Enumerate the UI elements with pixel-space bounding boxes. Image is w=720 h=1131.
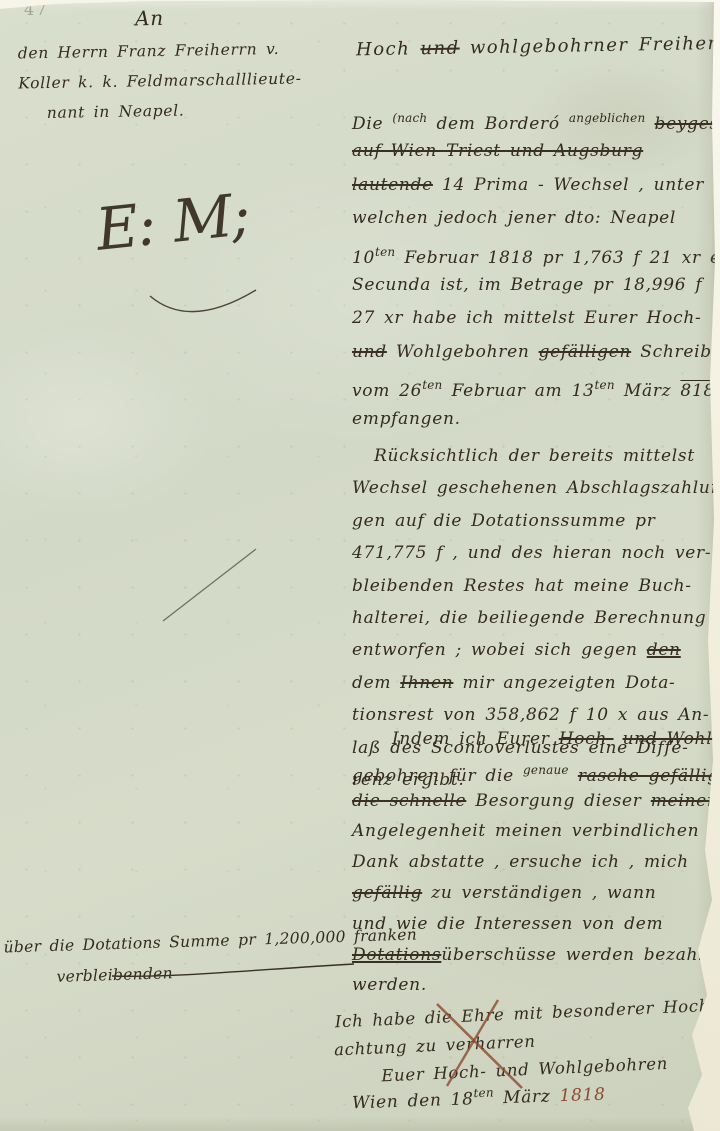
text-line: bleibenden Restes hat meine Buch- xyxy=(352,570,720,602)
text-line: 10ten Februar 1818 pr 1,763 f 21 xr eine xyxy=(352,236,720,269)
letter-page: 47 An den Herrn Franz Freiherrn v.Koller… xyxy=(0,0,720,1131)
text-line: die schnelle Besorgung dieser meiner xyxy=(352,786,720,817)
handwritten-text: Schreiben xyxy=(631,342,720,362)
struck-text: Ihnen xyxy=(400,673,453,693)
handwritten-text: Besorgung dieser xyxy=(466,791,650,811)
handwritten-text: empfangen. xyxy=(352,409,461,429)
inserted-text: ten xyxy=(595,378,615,392)
margin-note: über die Dotations Summe pr 1,200,000 fr… xyxy=(3,920,418,995)
struck-text: rasche gefällige xyxy=(578,766,720,786)
handwritten-text: welchen jedoch jener dto: Neapel xyxy=(352,208,676,228)
handwritten-text: März xyxy=(494,1086,560,1108)
text-line: entworfen ; wobei sich gegen den xyxy=(352,634,720,666)
text-line: welchen jedoch jener dto: Neapel xyxy=(352,202,720,235)
struck-text: auf Wien Triest und Augsburg xyxy=(352,141,643,161)
handwritten-text: Secunda ist, im Betrage pr 18,996 f xyxy=(352,275,702,295)
closing-block: Ich habe die Ehre mit besonderer Hoch-ac… xyxy=(334,992,719,1093)
text-line: Indem ich Eurer Hoch- und Wohl- xyxy=(392,724,720,755)
handwritten-text: 471,775 f , und des hieran noch ver- xyxy=(352,543,711,563)
struck-text: gefälligen xyxy=(539,342,632,362)
handwritten-text: mir angezeigten Dota- xyxy=(453,673,675,693)
text-line: lautende 14 Prima - Wechsel , unter xyxy=(352,169,720,202)
struck-text: beygeschlossenen xyxy=(655,114,720,134)
handwritten-text: Wechsel geschehenen Abschlagszahlun- xyxy=(352,478,720,498)
handwritten-text: Wohlgebohren xyxy=(387,342,539,362)
address-line: Koller k. k. Feldmarschalllieute- xyxy=(18,64,302,99)
address-block: An den Herrn Franz Freiherrn v.Koller k.… xyxy=(17,4,302,129)
handwritten-text: bleibenden Restes hat meine Buch- xyxy=(352,576,692,596)
struck-text: Hoch- xyxy=(559,729,614,749)
address-heading: An xyxy=(135,1,419,30)
handwritten-text: 14 Prima - Wechsel , unter xyxy=(433,175,704,195)
handwritten-text: Wien den 18 xyxy=(352,1089,474,1113)
text-line: auf Wien Triest und Augsburg xyxy=(352,135,720,168)
handwritten-text: gen auf die Dotationssumme pr xyxy=(352,511,656,531)
text-line: vom 26ten Februar am 13ten März 818 xyxy=(352,369,720,402)
handwritten-text: über die Dotations Summe pr 1,200,000 fr… xyxy=(3,926,417,957)
handwritten-text: März xyxy=(615,381,681,401)
text-line: Dank abstatte , ersuche ich , mich xyxy=(352,847,720,878)
handwritten-text: wohlgebohrner Freiherr! xyxy=(459,33,720,59)
text-line: Rücksichtlich der bereits mittelst xyxy=(374,440,720,472)
struck-text: die schnelle xyxy=(352,791,466,811)
monogram-flourish xyxy=(150,290,256,312)
struck-text: den xyxy=(647,640,681,660)
inserted-text: genaue xyxy=(523,763,569,777)
text-line: gebohren für die genaue rasche gefällige… xyxy=(352,755,720,786)
handwritten-text: entworfen ; wobei sich gegen xyxy=(352,640,647,660)
handwritten-text: Rücksichtlich der bereits mittelst xyxy=(374,446,695,466)
address-line: nant in Neapel. xyxy=(47,94,303,128)
address-lines: den Herrn Franz Freiherrn v.Koller k. k.… xyxy=(17,34,302,129)
handwritten-text xyxy=(645,114,654,134)
handwritten-text: Februar am 13 xyxy=(442,381,594,401)
handwritten-text: 27 xr habe ich mittelst Eurer Hoch- xyxy=(352,308,701,328)
diagonal-ink-stroke xyxy=(163,549,256,621)
handwritten-text: 10 xyxy=(352,248,375,268)
struck-text: und xyxy=(420,38,460,60)
text-line: Angelegenheit meinen verbindlichen xyxy=(352,816,720,847)
text-line: Wechsel geschehenen Abschlagszahlun- xyxy=(352,472,720,504)
text-line: dem Ihnen mir angezeigten Dota- xyxy=(352,667,720,699)
inserted-text: ten xyxy=(473,1085,494,1100)
text-line: gefällig zu verständigen , wann xyxy=(352,878,720,909)
handwritten-text xyxy=(569,766,578,786)
struck-text: gefällig xyxy=(352,883,422,903)
handwritten-text: gebohren für die xyxy=(352,766,523,786)
struck-text: und xyxy=(352,342,387,362)
text-line: halterei, die beiliegende Berechnung xyxy=(352,602,720,634)
salutation-line: Hoch und wohlgebohrner Freiherr! xyxy=(356,33,720,61)
handwritten-text: Angelegenheit meinen verbindlichen xyxy=(352,821,699,841)
text-line: Die (nach dem Borderó angeblichen beyges… xyxy=(352,102,720,135)
text-line: 27 xr habe ich mittelst Eurer Hoch- xyxy=(352,302,720,335)
handwritten-text: halterei, die beiliegende Berechnung xyxy=(352,608,706,628)
handwritten-text: Die xyxy=(352,114,392,134)
inserted-text: angeblichen xyxy=(569,111,646,125)
handwritten-text: Februar 1818 pr 1,763 f 21 xr eine xyxy=(395,248,720,268)
registry-monogram: E: M; xyxy=(93,180,252,264)
inserted-text: ten xyxy=(375,245,395,259)
text-line: gen auf die Dotationssumme pr xyxy=(352,505,720,537)
struck-text: und Wohl- xyxy=(623,729,719,749)
handwritten-text: tionsrest von 358,862 f 10 x aus An- xyxy=(352,705,709,725)
handwritten-text: überschüsse werden bezahlt xyxy=(441,945,712,965)
letter-scan: 47 An den Herrn Franz Freiherrn v.Koller… xyxy=(0,0,720,1131)
handwritten-text xyxy=(614,729,623,749)
text-line: und Wohlgebohren gefälligen Schreiben xyxy=(352,336,720,369)
handwritten-text: Hoch xyxy=(356,38,421,60)
text-line: Hoch und wohlgebohrner Freiherr! xyxy=(356,33,720,61)
handwritten-text: achtung zu verharren xyxy=(334,1032,536,1060)
handwritten-text: 818 xyxy=(680,381,715,401)
handwritten-text: dem Borderó xyxy=(427,114,569,134)
handwritten-text: zu verständigen , wann xyxy=(422,883,656,903)
body-paragraph-1: Die (nach dem Borderó angeblichen beyges… xyxy=(352,102,720,436)
handwritten-text: verbleibenden xyxy=(56,964,173,986)
handwritten-text: Indem ich Eurer xyxy=(392,729,559,749)
struck-text: lautende xyxy=(352,175,433,195)
inserted-text: ten xyxy=(422,378,442,392)
text-line: Secunda ist, im Betrage pr 18,996 f xyxy=(352,269,720,302)
text-line: empfangen. xyxy=(352,403,720,436)
struck-text: meiner xyxy=(651,791,716,811)
inserted-text: (nach xyxy=(392,111,427,125)
handwritten-text: Dank abstatte , ersuche ich , mich xyxy=(352,852,689,872)
handwritten-text: vom 26 xyxy=(352,381,422,401)
address-line: den Herrn Franz Freiherrn v. xyxy=(17,34,301,69)
red-ink-text: 1818 xyxy=(559,1085,606,1107)
text-line: 471,775 f , und des hieran noch ver- xyxy=(352,537,720,569)
handwritten-text: dem xyxy=(352,673,400,693)
